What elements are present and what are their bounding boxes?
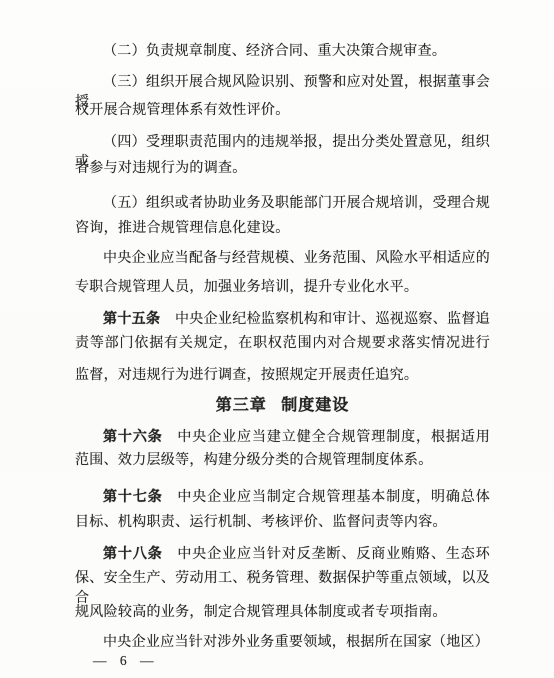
text-line: （四）受理职责范围内的违规举报，提出分类处置意见，组织或 [75,133,490,153]
article-text: 中央企业应当针对反垄断、反商业贿赂、生态环 [177,547,490,562]
text-line: 专职合规管理人员，加强业务培训，提升专业化水平。 [75,278,490,298]
text-line: （五）组织或者协助业务及职能部门开展合规培训，受理合规 [75,194,490,214]
text-line-article-16: 第十六条中央企业应当建立健全合规管理制度，根据适用 [75,426,490,446]
text-line: 者参与对违规行为的调查。 [75,159,490,179]
page-number: — 6 — [93,651,156,671]
chapter-title: 制度建设 [281,397,349,414]
text-line: 监督，对违规行为进行调查，按照规定开展责任追究。 [75,366,490,386]
text-line: 咨询，推进合规管理信息化建设。 [75,219,490,239]
document-page: （二）负责规章制度、经济合同、重大决策合规审查。 （三）组织开展合规风险识别、预… [0,0,554,678]
text-line: 规风险较高的业务，制定合规管理具体制度或者专项指南。 [75,603,490,623]
text-line-article-18: 第十八条中央企业应当针对反垄断、反商业贿赂、生态环 [75,543,490,563]
article-number: 第十六条 [103,428,163,444]
text-line-article-17: 第十七条中央企业应当制定合规管理基本制度，明确总体 [75,486,490,506]
article-text: 中央企业纪检监察机构和审计、巡视巡察、监督追 [175,312,490,327]
chapter-number: 第三章 [216,397,267,414]
text-line: 中央企业应当针对涉外业务重要领域，根据所在国家（地区） [75,633,490,653]
chapter-heading: 第三章制度建设 [75,394,490,418]
text-line: 目标、机构职责、运行机制、考核评价、监督问责等内容。 [75,513,490,533]
text-line-article-15: 第十五条中央企业纪检监察机构和审计、巡视巡察、监督追 [75,308,490,328]
text-line: （三）组织开展合规风险识别、预警和应对处置，根据董事会授 [75,73,490,93]
article-number: 第十八条 [103,545,163,561]
text-line: 责等部门依据有关规定，在职权范围内对合规要求落实情况进行 [75,334,490,354]
article-number: 第十五条 [103,310,160,326]
text-line: 保、安全生产、劳动用工、税务管理、数据保护等重点领域，以及合 [75,569,490,589]
article-text: 中央企业应当建立健全合规管理制度，根据适用 [177,430,490,445]
article-number: 第十七条 [103,488,163,504]
text-line: 权开展合规管理体系有效性评价。 [75,101,490,121]
text-line: 范围、效力层级等，构建分级分类的合规管理制度体系。 [75,451,490,471]
text-line: （二）负责规章制度、经济合同、重大决策合规审查。 [75,42,490,62]
article-text: 中央企业应当制定合规管理基本制度，明确总体 [177,490,490,505]
text-line: 中央企业应当配备与经营规模、业务范围、风险水平相适应的 [75,249,490,269]
